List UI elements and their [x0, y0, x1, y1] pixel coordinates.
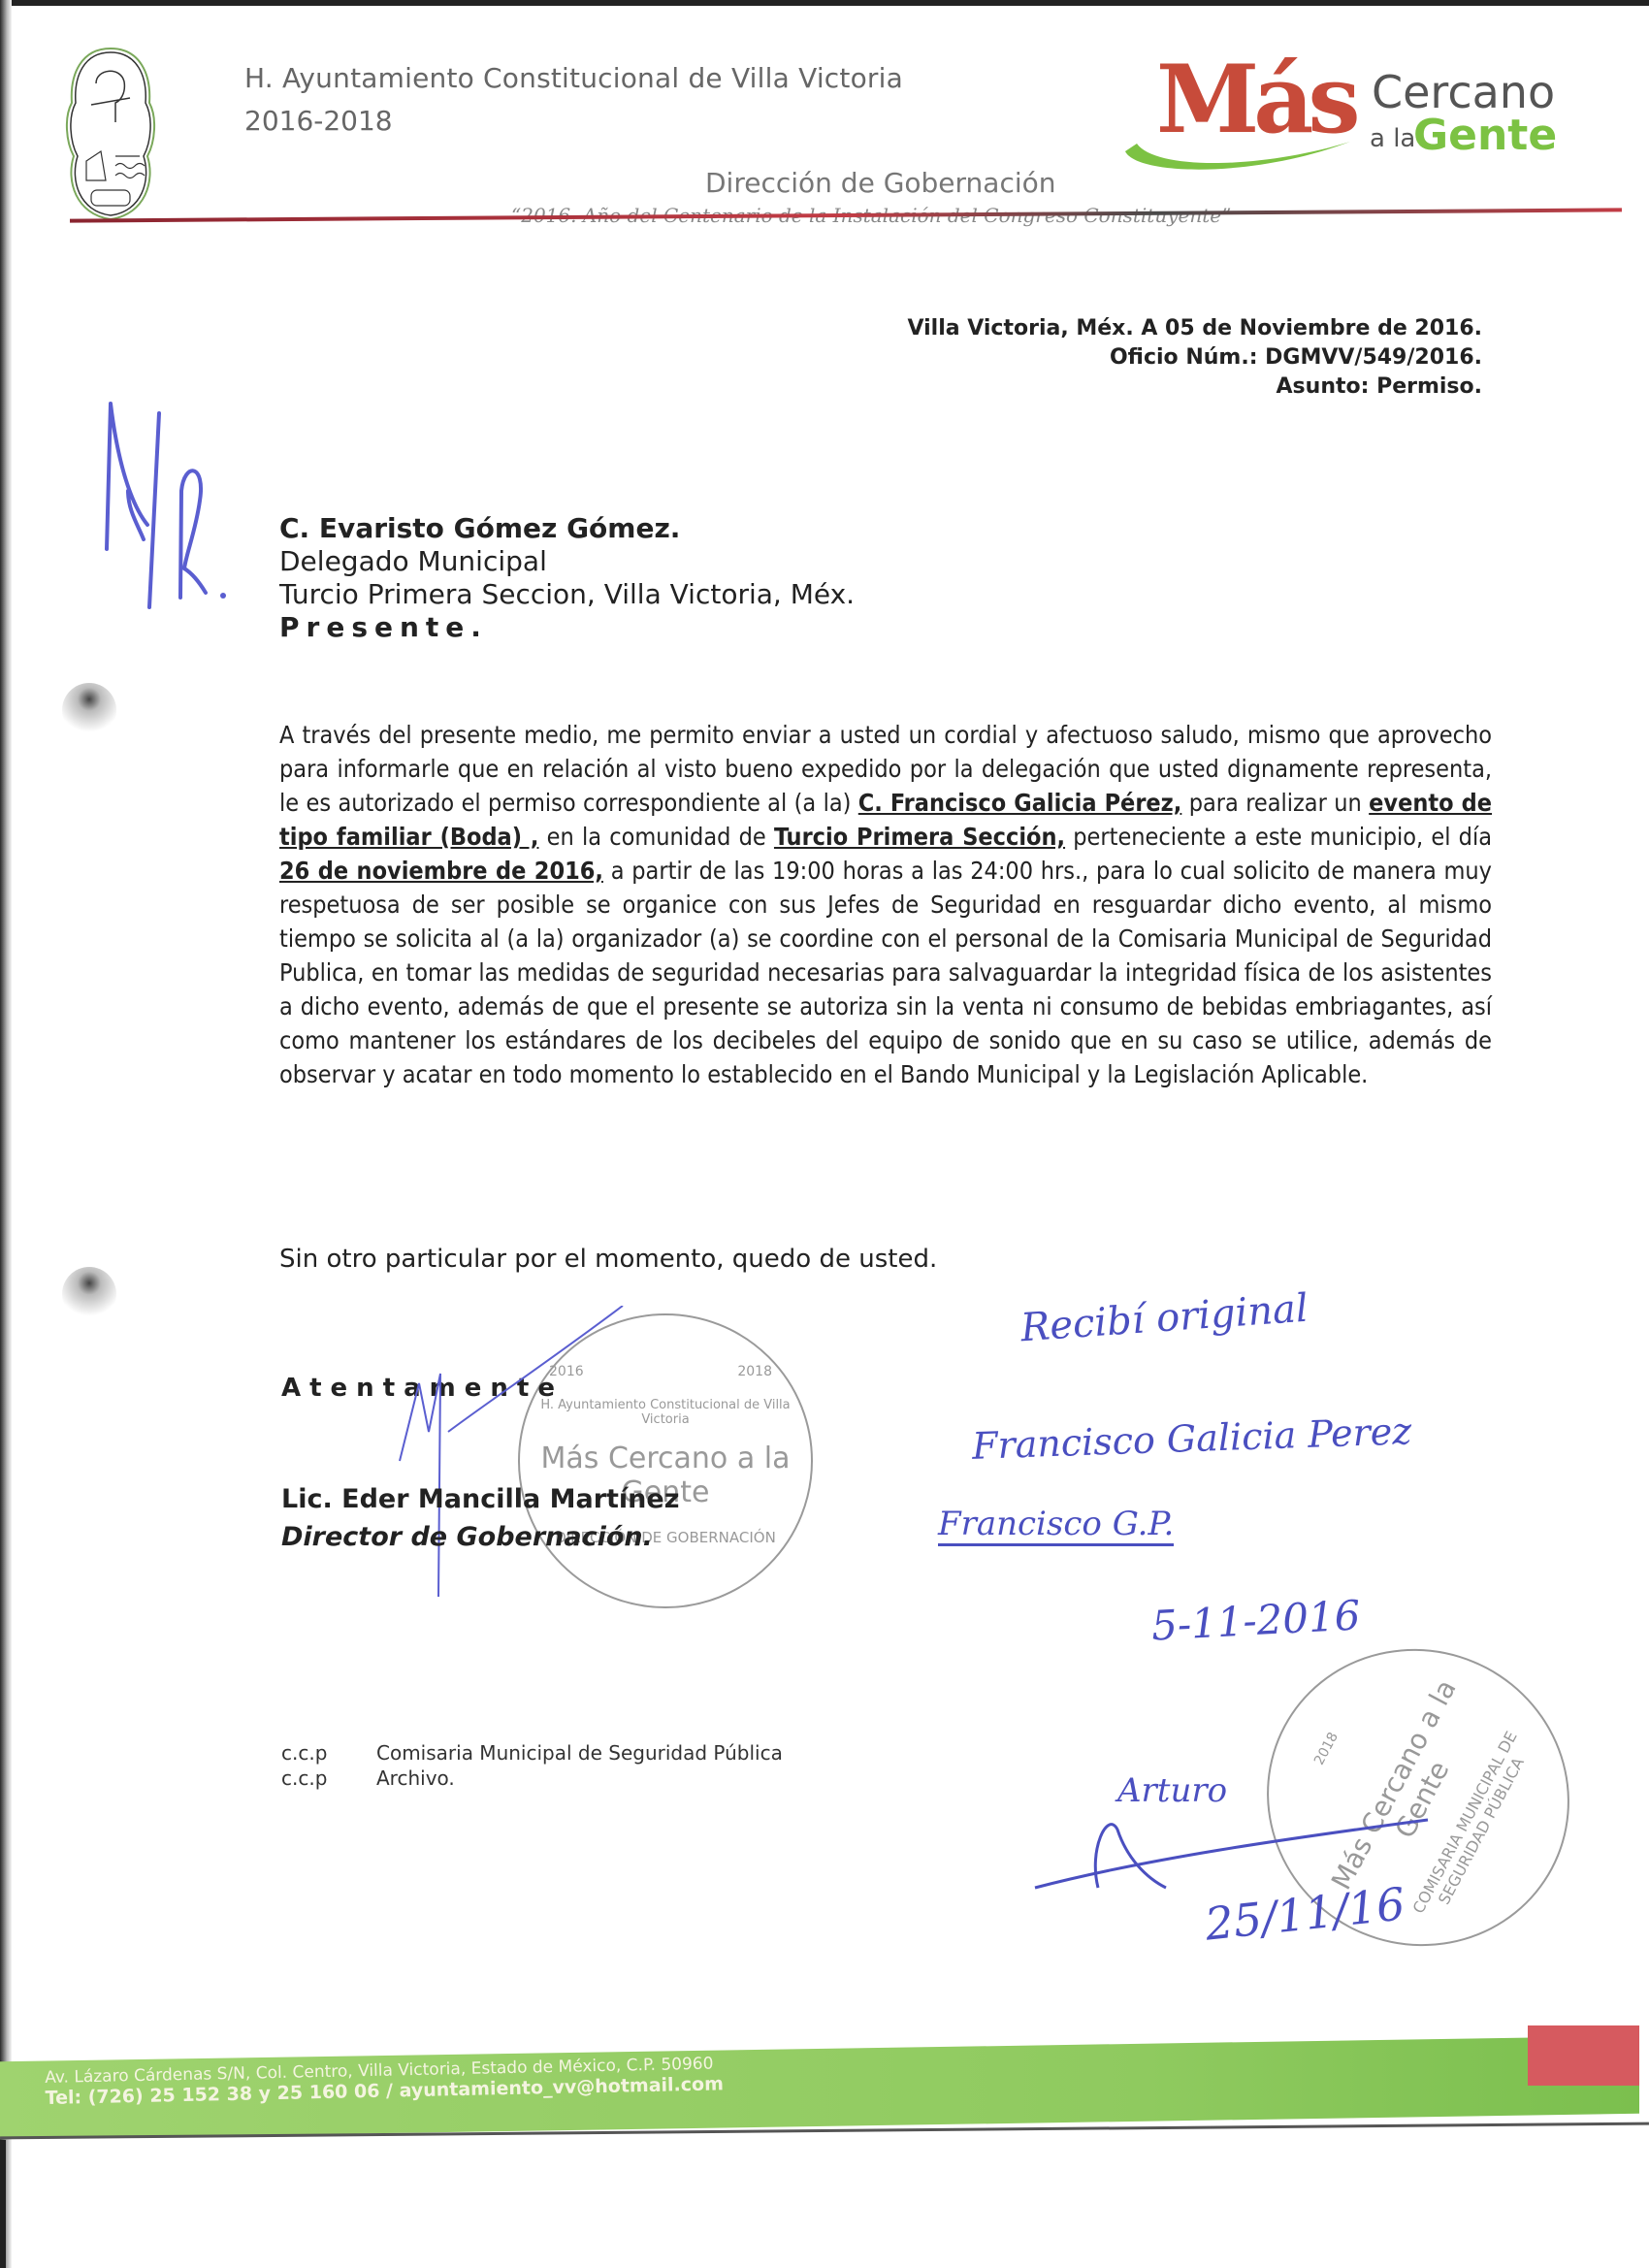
cc-item: c.c.pArchivo. — [281, 1766, 783, 1791]
cc-recipient: Comisaria Municipal de Seguridad Pública — [376, 1741, 783, 1765]
municipal-crest-icon — [62, 45, 159, 224]
oficio-number: Oficio Núm.: DGMVV/549/2016. — [907, 343, 1482, 373]
director-signature-icon — [380, 1306, 632, 1597]
place-date: Villa Victoria, Méx. A 05 de Noviembre d… — [907, 314, 1482, 343]
subject: Asunto: Permiso. — [907, 373, 1482, 402]
signer-name: Lic. Eder Mancilla Martínez — [281, 1484, 679, 1514]
scan-left-edge — [0, 0, 12, 2268]
punch-hole — [62, 1267, 116, 1321]
organization-name: H. Ayuntamiento Constitucional de Villa … — [244, 62, 903, 94]
brand-logo: Más Cercano a la Gente — [1117, 45, 1602, 171]
cc-item: c.c.pComisaria Municipal de Seguridad Pú… — [281, 1740, 783, 1766]
event-community: Turcio Primera Sección, — [774, 823, 1065, 851]
recipient-name: C. Evaristo Gómez Gómez. — [279, 512, 855, 545]
handwritten-received: Recibí original — [1019, 1286, 1309, 1351]
cc-recipient: Archivo. — [376, 1766, 455, 1790]
letter-body: A través del presente medio, me permito … — [279, 718, 1492, 1091]
brand-a-la: a la — [1370, 124, 1415, 153]
handwritten-received-date: 5-11-2016 — [1150, 1591, 1362, 1649]
applicant-name: C. Francisco Galicia Pérez, — [858, 789, 1182, 817]
punch-hole — [62, 683, 116, 737]
brand-mas: Más — [1156, 45, 1355, 154]
administration-term: 2016-2018 — [244, 105, 393, 137]
document-meta: Villa Victoria, Méx. A 05 de Noviembre d… — [907, 314, 1482, 402]
body-segment: a partir de las 19:00 horas a las 24:00 … — [279, 857, 1492, 1088]
scan-bottom-edge — [0, 2140, 6, 2268]
handwritten-receiver-signature: Francisco G.P. — [938, 1505, 1174, 1546]
cc-label: c.c.p — [281, 1766, 376, 1791]
brand-gente: Gente — [1413, 111, 1557, 160]
handwritten-receiver-name: Francisco Galicia Perez — [971, 1409, 1412, 1468]
carbon-copy-list: c.c.pComisaria Municipal de Seguridad Pú… — [281, 1740, 783, 1791]
recipient-greeting: Presente. — [279, 611, 855, 644]
stamp-year: 2018 — [737, 1364, 772, 1379]
recipient-location: Turcio Primera Seccion, Villa Victoria, … — [279, 578, 855, 611]
handwritten-initials-icon — [99, 394, 235, 617]
event-date: 26 de noviembre de 2016, — [279, 857, 603, 885]
cc-label: c.c.p — [281, 1740, 376, 1766]
body-segment: perteneciente a este municipio, el día — [1065, 823, 1492, 851]
recipient-block: C. Evaristo Gómez Gómez. Delegado Munici… — [279, 512, 855, 644]
closing-line: Sin otro particular por el momento, qued… — [279, 1245, 937, 1274]
department-name: Dirección de Gobernación — [705, 167, 1056, 199]
signer-title: Director de Gobernación. — [281, 1522, 653, 1552]
body-segment: para realizar un — [1181, 789, 1369, 817]
footer-red-accent — [1528, 2025, 1639, 2086]
recipient-position: Delegado Municipal — [279, 545, 855, 578]
body-segment: en la comunidad de — [538, 823, 774, 851]
letter-page: H. Ayuntamiento Constitucional de Villa … — [12, 6, 1649, 2140]
